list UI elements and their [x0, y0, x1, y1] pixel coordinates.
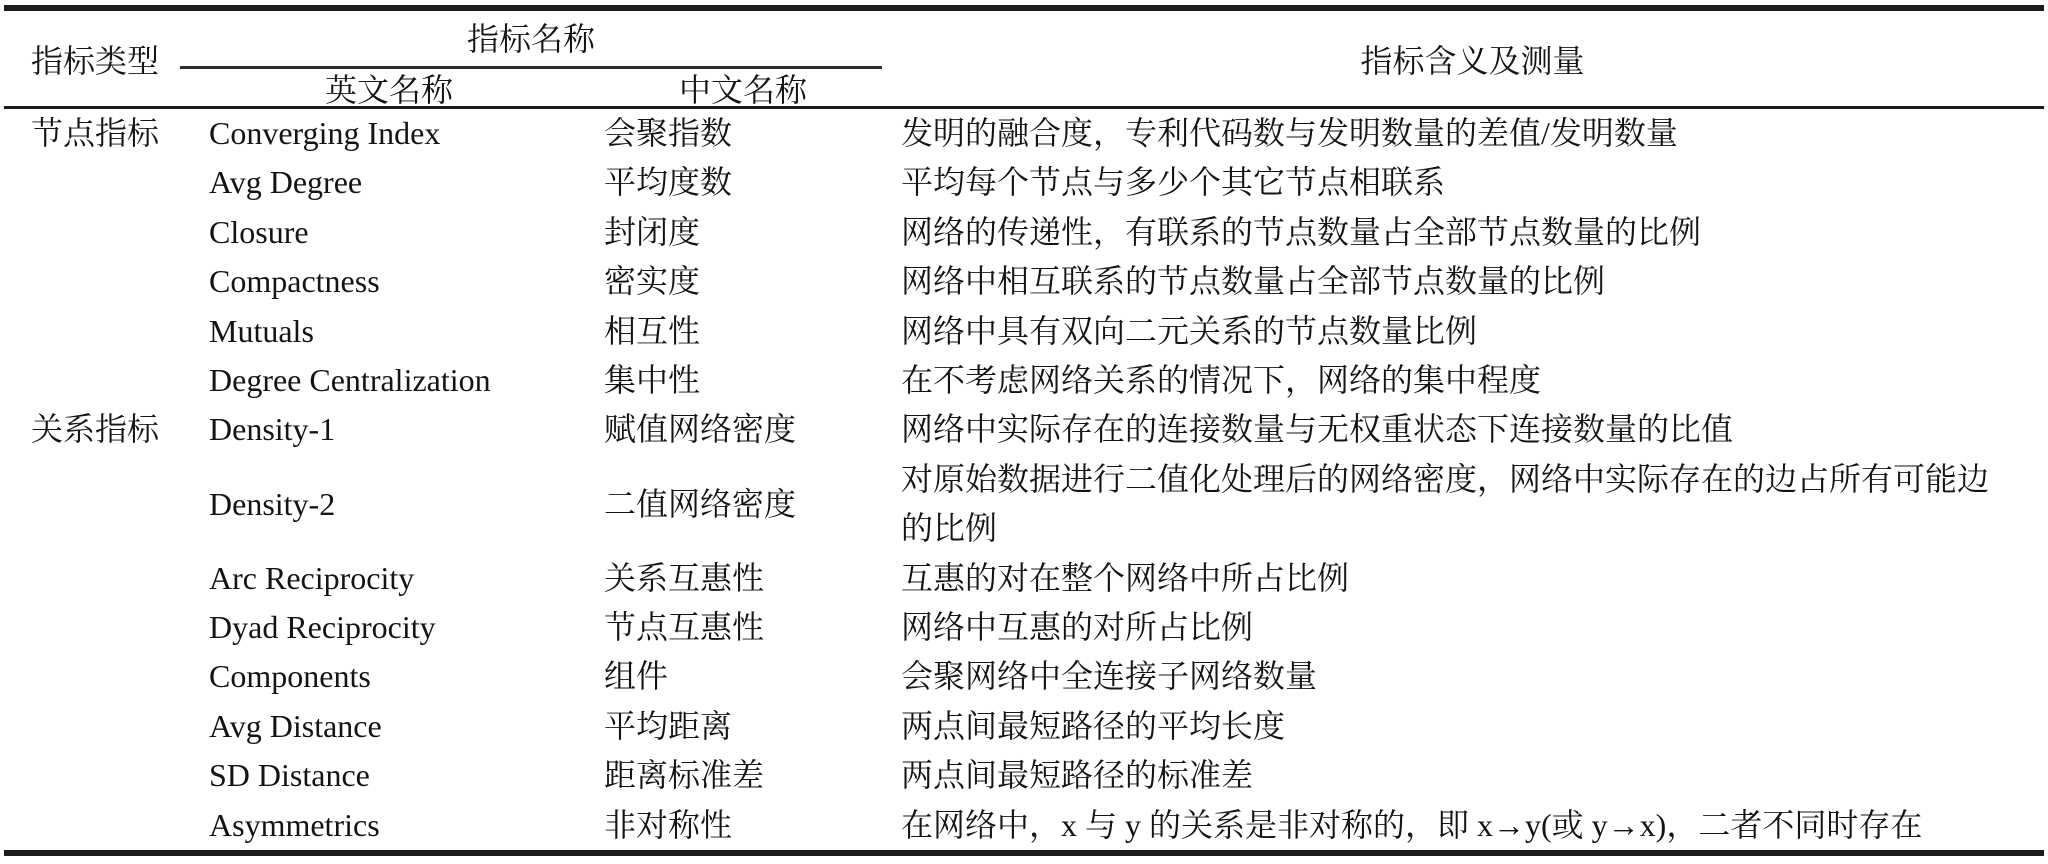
cell-meaning: 平均每个节点与多少个其它节点相联系 — [901, 158, 2006, 207]
table-row: Asymmetrics 非对称性 在网络中，x 与 y 的关系是非对称的，即 x… — [4, 801, 2044, 850]
cell-chinese-name: 会聚指数 — [604, 109, 901, 158]
table-row: Arc Reciprocity 关系互惠性 互惠的对在整个网络中所占比例 — [4, 554, 2044, 603]
cell-english-name: Degree Centralization — [209, 356, 604, 405]
table-row: 节点指标 Converging Index 会聚指数 发明的融合度，专利代码数与… — [4, 109, 2044, 158]
cell-meaning: 在网络中，x 与 y 的关系是非对称的，即 x→y(或 y→x)，二者不同时存在 — [901, 801, 2006, 850]
cell-chinese-name: 平均距离 — [604, 702, 901, 751]
cell-meaning: 两点间最短路径的标准差 — [901, 751, 2006, 800]
cell-meaning: 网络中互惠的对所占比例 — [901, 603, 2006, 652]
table-row: Mutuals 相互性 网络中具有双向二元关系的节点数量比例 — [4, 307, 2044, 356]
cell-english-name: Avg Degree — [209, 158, 604, 207]
cell-meaning: 两点间最短路径的平均长度 — [901, 702, 2006, 751]
column-header-chinese-name: 中文名称 — [604, 69, 882, 106]
cell-meaning: 网络的传递性，有联系的节点数量占全部节点数量的比例 — [901, 208, 2006, 257]
indicator-table: 指标类型 指标名称 英文名称 中文名称 指标含义及测量 节点指标 Converg… — [0, 0, 2048, 864]
cell-meaning: 网络中具有双向二元关系的节点数量比例 — [901, 307, 2006, 356]
cell-chinese-name: 封闭度 — [604, 208, 901, 257]
cell-chinese-name: 组件 — [604, 652, 901, 701]
cell-chinese-name: 集中性 — [604, 356, 901, 405]
cell-chinese-name: 密实度 — [604, 257, 901, 306]
cell-english-name: Density-2 — [209, 480, 604, 529]
table-row: Density-2 二值网络密度 对原始数据进行二值化处理后的网络密度，网络中实… — [4, 455, 2044, 554]
cell-english-name: Asymmetrics — [209, 801, 604, 850]
cell-english-name: Density-1 — [209, 405, 604, 454]
cell-chinese-name: 距离标准差 — [604, 751, 901, 800]
cell-chinese-name: 平均度数 — [604, 158, 901, 207]
cell-english-name: Compactness — [209, 257, 604, 306]
table-row: Compactness 密实度 网络中相互联系的节点数量占全部节点数量的比例 — [4, 257, 2044, 306]
table-row: SD Distance 距离标准差 两点间最短路径的标准差 — [4, 751, 2044, 800]
column-header-meaning-measurement: 指标含义及测量 — [901, 11, 2044, 106]
cell-indicator-type: 节点指标 — [4, 109, 209, 158]
table-row: Avg Distance 平均距离 两点间最短路径的平均长度 — [4, 702, 2044, 751]
cell-english-name: Closure — [209, 208, 604, 257]
cell-chinese-name: 节点互惠性 — [604, 603, 901, 652]
table-bottom-rule — [4, 850, 2044, 856]
cell-meaning: 互惠的对在整个网络中所占比例 — [901, 554, 2006, 603]
cell-english-name: Arc Reciprocity — [209, 554, 604, 603]
cell-chinese-name: 关系互惠性 — [604, 554, 901, 603]
column-group-header-indicator-name: 指标名称 — [180, 9, 882, 64]
table-row: Dyad Reciprocity 节点互惠性 网络中互惠的对所占比例 — [4, 603, 2044, 652]
cell-english-name: Components — [209, 652, 604, 701]
cell-meaning: 发明的融合度，专利代码数与发明数量的差值/发明数量 — [901, 109, 2006, 158]
cell-chinese-name: 非对称性 — [604, 801, 901, 850]
table-row: Avg Degree 平均度数 平均每个节点与多少个其它节点相联系 — [4, 158, 2044, 207]
cell-chinese-name: 二值网络密度 — [604, 480, 901, 529]
cell-english-name: Dyad Reciprocity — [209, 603, 604, 652]
cell-meaning: 在不考虑网络关系的情况下，网络的集中程度 — [901, 356, 2006, 405]
cell-meaning: 对原始数据进行二值化处理后的网络密度，网络中实际存在的边占所有可能边的比例 — [901, 455, 2006, 554]
cell-english-name: SD Distance — [209, 751, 604, 800]
table-row: Degree Centralization 集中性 在不考虑网络关系的情况下，网… — [4, 356, 2044, 405]
table-row: 关系指标 Density-1 赋值网络密度 网络中实际存在的连接数量与无权重状态… — [4, 405, 2044, 454]
table-row: Components 组件 会聚网络中全连接子网络数量 — [4, 652, 2044, 701]
cell-english-name: Converging Index — [209, 109, 604, 158]
cell-english-name: Avg Distance — [209, 702, 604, 751]
column-header-english-name: 英文名称 — [209, 69, 569, 106]
cell-english-name: Mutuals — [209, 307, 604, 356]
cell-chinese-name: 相互性 — [604, 307, 901, 356]
cell-meaning: 网络中相互联系的节点数量占全部节点数量的比例 — [901, 257, 2006, 306]
cell-chinese-name: 赋值网络密度 — [604, 405, 901, 454]
cell-indicator-type: 关系指标 — [4, 405, 209, 454]
table-row: Closure 封闭度 网络的传递性，有联系的节点数量占全部节点数量的比例 — [4, 208, 2044, 257]
table-body: 节点指标 Converging Index 会聚指数 发明的融合度，专利代码数与… — [4, 109, 2044, 850]
cell-meaning: 网络中实际存在的连接数量与无权重状态下连接数量的比值 — [901, 405, 2006, 454]
cell-meaning: 会聚网络中全连接子网络数量 — [901, 652, 2006, 701]
column-header-indicator-type: 指标类型 — [4, 11, 209, 106]
